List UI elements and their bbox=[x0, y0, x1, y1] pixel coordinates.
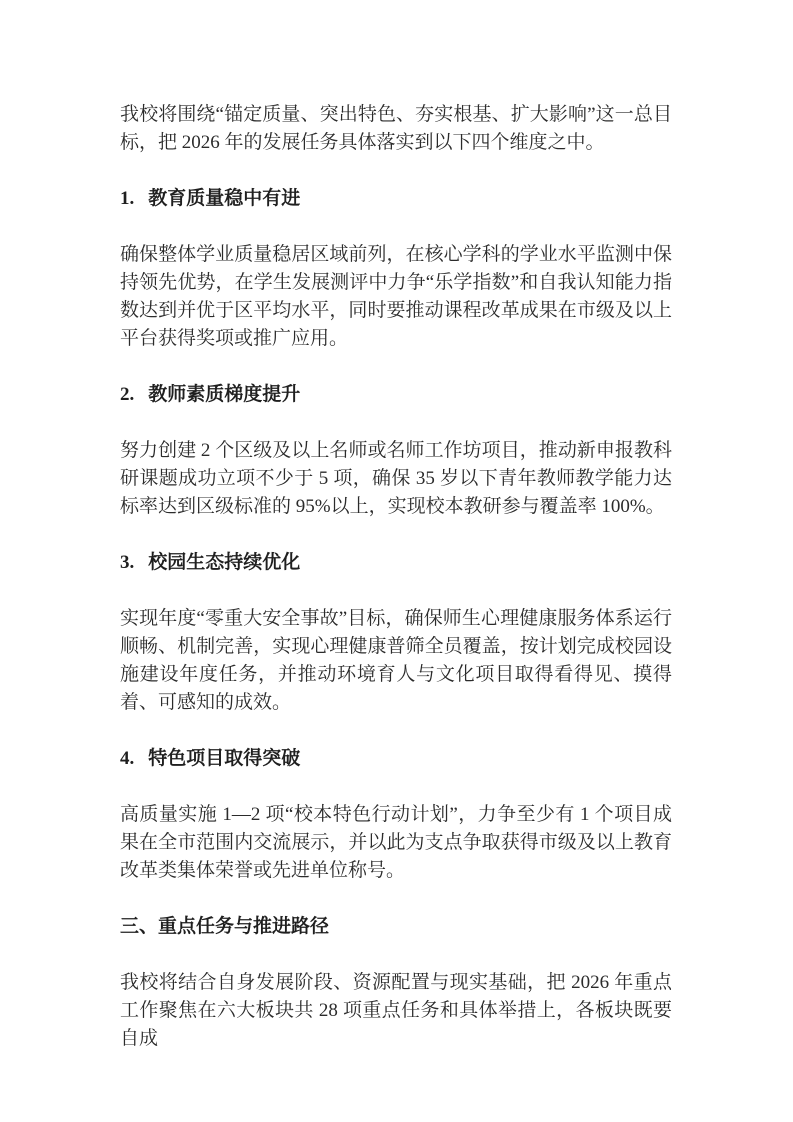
section-body-3: 实现年度“零重大安全事故”目标，确保师生心理健康服务体系运行顺畅、机制完善，实现… bbox=[120, 605, 672, 717]
chapter-heading: 三、重点任务与推进路径 bbox=[120, 913, 672, 941]
section-body-4: 高质量实施 1—2 项“校本特色行动计划”，力争至少有 1 个项目成果在全市范围… bbox=[120, 801, 672, 885]
section-title: 教师素质梯度提升 bbox=[148, 384, 300, 405]
chapter-intro-paragraph: 我校将结合自身发展阶段、资源配置与现实基础，把 2026 年重点工作聚焦在六大板… bbox=[120, 969, 672, 1053]
section-body-2: 努力创建 2 个区级及以上名师或名师工作坊项目，推动新申报教科研课题成功立项不少… bbox=[120, 437, 672, 521]
section-number: 3. bbox=[120, 549, 134, 577]
section-heading-3: 3.校园生态持续优化 bbox=[120, 549, 672, 577]
section-number: 1. bbox=[120, 185, 134, 213]
section-title: 教育质量稳中有进 bbox=[148, 188, 300, 209]
section-body-1: 确保整体学业质量稳居区域前列，在核心学科的学业水平监测中保持领先优势，在学生发展… bbox=[120, 241, 672, 353]
section-title: 校园生态持续优化 bbox=[148, 552, 300, 573]
section-number: 2. bbox=[120, 381, 134, 409]
section-title: 特色项目取得突破 bbox=[148, 748, 300, 769]
section-number: 4. bbox=[120, 745, 134, 773]
intro-paragraph: 我校将围绕“锚定质量、突出特色、夯实根基、扩大影响”这一总目标，把 2026 年… bbox=[120, 101, 672, 157]
section-heading-2: 2.教师素质梯度提升 bbox=[120, 381, 672, 409]
section-heading-1: 1.教育质量稳中有进 bbox=[120, 185, 672, 213]
document-page: 我校将围绕“锚定质量、突出特色、夯实根基、扩大影响”这一总目标，把 2026 年… bbox=[0, 0, 793, 1122]
section-heading-4: 4.特色项目取得突破 bbox=[120, 745, 672, 773]
